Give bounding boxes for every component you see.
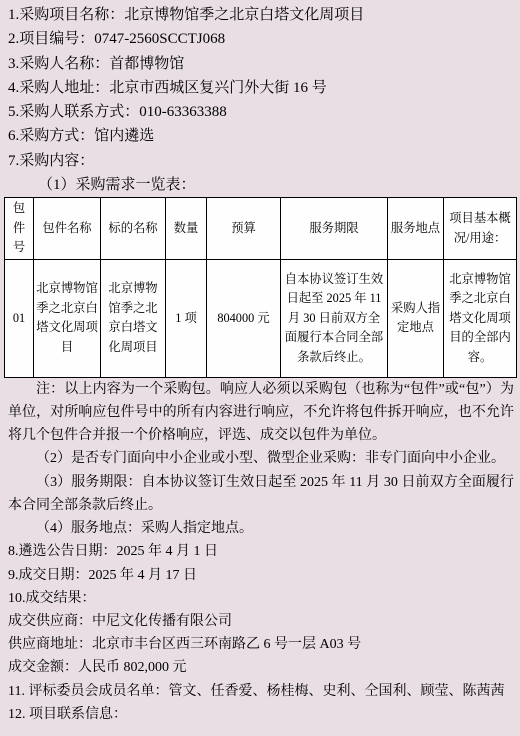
- line-evaluation-committee: 11. 评标委员会成员名单：管文、任香爱、杨桂梅、史利、仝国利、顾莹、陈茜茜: [8, 680, 514, 703]
- procurement-result-notice: 1.采购项目名称：北京博物馆季之北京白塔文化周项目 2.项目编号：0747-25…: [0, 0, 520, 726]
- line-awarded-supplier: 成交供应商：中尼文化传播有限公司: [8, 610, 514, 633]
- col-header-package-name: 包件名称: [34, 198, 101, 260]
- line-supplier-address: 供应商地址：北京市丰台区西三环南路乙 6 号一层 A03 号: [8, 633, 514, 656]
- table-header-row: 包件号 包件名称 标的名称 数量 预算 服务期限 服务地点 项目基本概况/用途：: [5, 198, 517, 260]
- line-award-result-heading: 10.成交结果：: [8, 587, 514, 610]
- line-award-amount: 成交金额：人民币 802,000 元: [8, 656, 514, 679]
- cell-quantity: 1 项: [166, 259, 207, 377]
- line-project-code: 2.项目编号：0747-2560SCCTJ068: [8, 27, 514, 51]
- line-requirements-table-caption: （1）采购需求一览表：: [8, 173, 514, 197]
- cell-service-location: 采购人指定地点: [388, 259, 444, 377]
- line-purchaser-contact: 5.采购人联系方式：010-63363388: [8, 100, 514, 124]
- col-header-service-period: 服务期限: [281, 198, 388, 260]
- cell-project-overview: 北京博物馆季之北京白塔文化周项目的全部内容。: [444, 259, 517, 377]
- col-header-subject-name: 标的名称: [101, 198, 166, 260]
- note-single-package: 注：以上内容为一个采购包。响应人必须以采购包（也称为“包件”或“包”）为单位，对…: [8, 378, 514, 448]
- line-purchaser-name: 3.采购人名称：首都博物馆: [8, 52, 514, 76]
- line-procurement-method: 6.采购方式：馆内遴选: [8, 124, 514, 148]
- cell-package-name: 北京博物馆季之北京白塔文化周项目: [34, 259, 101, 377]
- line-purchaser-address: 4.采购人地址：北京市西城区复兴门外大街 16 号: [8, 76, 514, 100]
- col-header-budget: 预算: [207, 198, 281, 260]
- line-service-location: （4）服务地点：采购人指定地点。: [8, 517, 514, 540]
- cell-service-period: 自本协议签订生效日起至 2025 年 11 月 30 日前双方全面履行本合同全部…: [281, 259, 388, 377]
- table-row: 01 北京博物馆季之北京白塔文化周项目 北京博物馆季之北京白塔文化周项目 1 项…: [5, 259, 517, 377]
- col-header-package-no: 包件号: [5, 198, 34, 260]
- col-header-service-location: 服务地点: [388, 198, 444, 260]
- line-sme-targeting: （2）是否专门面向中小企业或小型、微型企业采购：非专门面向中小企业。: [8, 447, 514, 470]
- line-award-date: 9.成交日期：2025 年 4 月 17 日: [8, 564, 514, 587]
- cell-budget: 804000 元: [207, 259, 281, 377]
- line-contact-info-heading: 12. 项目联系信息：: [8, 703, 514, 726]
- col-header-project-overview: 项目基本概况/用途：: [444, 198, 517, 260]
- col-header-quantity: 数量: [166, 198, 207, 260]
- cell-package-no: 01: [5, 259, 34, 377]
- procurement-requirements-table: 包件号 包件名称 标的名称 数量 预算 服务期限 服务地点 项目基本概况/用途：…: [4, 197, 517, 378]
- line-project-name: 1.采购项目名称：北京博物馆季之北京白塔文化周项目: [8, 3, 514, 27]
- line-announcement-date: 8.遴选公告日期：2025 年 4 月 1 日: [8, 540, 514, 563]
- line-service-period: （3）服务期限：自本协议签订生效日起至 2025 年 11 月 30 日前双方全…: [8, 471, 514, 517]
- cell-subject-name: 北京博物馆季之北京白塔文化周项目: [101, 259, 166, 377]
- line-procurement-content: 7.采购内容：: [8, 149, 514, 173]
